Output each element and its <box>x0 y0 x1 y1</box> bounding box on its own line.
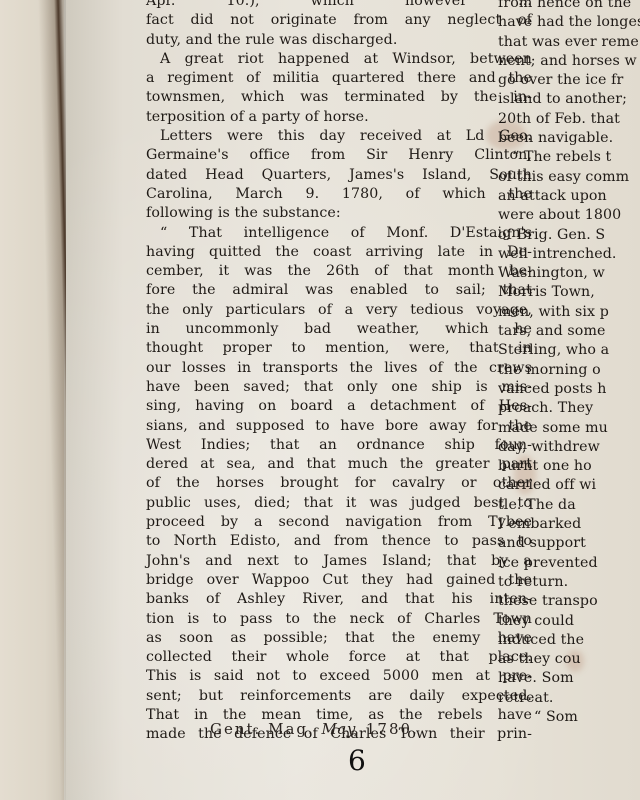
text-line: that was ever reme <box>498 33 640 52</box>
text-line: as they cou <box>498 650 640 669</box>
text-line: from hence on the <box>498 0 640 13</box>
text-line: duty, and the rule was discharged. <box>146 31 532 50</box>
text-line: men, with six p <box>498 303 640 322</box>
text-line: banks of Ashley River, and that his inte… <box>146 590 532 609</box>
text-line: A great riot happened at Windsor, betwee… <box>146 50 532 69</box>
text-line: day, withdrew <box>498 438 640 457</box>
text-line: island to another; <box>498 90 640 109</box>
text-line: well intrenched. <box>498 245 640 264</box>
text-line: “ That intelligence of Monf. D'Estaign's <box>146 224 532 243</box>
text-line: sent; but reinforcements are daily expec… <box>146 687 532 706</box>
footer-year: 1780. <box>366 720 419 738</box>
text-line: “ The rebels t <box>498 148 640 167</box>
text-line: of this easy comm <box>498 168 640 187</box>
text-line: sians, and supposed to have bore away fo… <box>146 417 532 436</box>
text-line: Morris Town, <box>498 283 640 302</box>
text-line: having quitted the coast arriving late i… <box>146 243 532 262</box>
text-line: induced the <box>498 631 640 650</box>
text-line: of Brig. Gen. S <box>498 226 640 245</box>
text-line: Letters were this day received at Ld Geo… <box>146 127 532 146</box>
footer-month: May, <box>322 720 360 738</box>
text-line: to return. <box>498 573 640 592</box>
text-line: the only particulars of a very tedious v… <box>146 301 532 320</box>
text-line: go over the ice fr <box>498 71 640 90</box>
text-line: vanced posts h <box>498 380 640 399</box>
text-line: a regiment of militia quartered there an… <box>146 69 532 88</box>
text-line: dered at sea, and that much the greater … <box>146 455 532 474</box>
text-line: and support <box>498 534 640 553</box>
right-text-column: from hence on thehave had the longesttha… <box>498 0 640 727</box>
text-line: as soon as possible; that the enemy have <box>146 629 532 648</box>
text-line: ice prevented <box>498 554 640 573</box>
text-line: to North Edisto, and from thence to pass… <box>146 532 532 551</box>
text-line: carried off wi <box>498 476 640 495</box>
text-line: collected their whole force at that plac… <box>146 648 532 667</box>
text-line: they could <box>498 612 640 631</box>
text-line: made some mu <box>498 419 640 438</box>
text-line: retreat. <box>498 689 640 708</box>
main-text-column: Apr. 10.), which however ...fact did not… <box>146 0 532 745</box>
text-line: in uncommonly bad weather, which he <box>146 320 532 339</box>
text-line: thought proper to mention, were, that in <box>146 339 532 358</box>
text-line: bridge over Wappoo Cut they had gained t… <box>146 571 532 590</box>
text-line: following is the substance: <box>146 204 532 223</box>
text-line: West Indies; that an ordnance ship foun- <box>146 436 532 455</box>
document-page: Apr. 10.), which however ...fact did not… <box>66 0 640 800</box>
text-line: have been saved; that only one ship is m… <box>146 378 532 397</box>
text-line: This is said not to exceed 5000 men at p… <box>146 667 532 686</box>
text-line: cember, it was the 26th of that month be… <box>146 262 532 281</box>
text-line: Apr. 10.), which however ... <box>146 0 532 11</box>
text-line: proceed by a second navigation from Tybe… <box>146 513 532 532</box>
text-line: our losses in transports the lives of th… <box>146 359 532 378</box>
text-line: Sterling, who a <box>498 341 640 360</box>
text-line: burnt one ho <box>498 457 640 476</box>
text-line: of the horses brought for cavalry or oth… <box>146 474 532 493</box>
text-line: tion is to pass to the neck of Charles T… <box>146 610 532 629</box>
text-line: have had the longest <box>498 13 640 32</box>
text-line: tars, and some <box>498 322 640 341</box>
text-line: “ Som <box>498 708 640 727</box>
running-footer: Gent. Mag. May, 1780. <box>210 720 419 738</box>
text-line: terposition of a party of horse. <box>146 108 532 127</box>
text-line: Washington, w <box>498 264 640 283</box>
text-line: were about 1800 <box>498 206 640 225</box>
text-line: an attack upon <box>498 187 640 206</box>
text-line: Germaine's office from Sir Henry Clinton… <box>146 146 532 165</box>
text-line: I embarked <box>498 515 640 534</box>
text-line: nent; and horses w <box>498 52 640 71</box>
text-line: fact did not originate from any neglect … <box>146 11 532 30</box>
footer-magazine: Gent. Mag. <box>210 720 315 738</box>
text-line: public uses, died; that it was judged be… <box>146 494 532 513</box>
text-line: tle. The da <box>498 496 640 515</box>
text-line: John's and next to James Island; that by… <box>146 552 532 571</box>
text-line: fore the admiral was enabled to sail; th… <box>146 281 532 300</box>
text-line: Carolina, March 9. 1780, of which the <box>146 185 532 204</box>
text-line: townsmen, which was terminated by the in… <box>146 88 532 107</box>
text-line: the morning o <box>498 361 640 380</box>
text-line: been navigable. <box>498 129 640 148</box>
text-line: dated Head Quarters, James's Island, Sou… <box>146 166 532 185</box>
text-line: 20th of Feb. that <box>498 110 640 129</box>
text-line: sing, having on board a detachment of He… <box>146 397 532 416</box>
text-line: proach. They <box>498 399 640 418</box>
text-line: have. Som <box>498 669 640 688</box>
text-line: these transpo <box>498 592 640 611</box>
page-number: 6 <box>348 744 366 777</box>
